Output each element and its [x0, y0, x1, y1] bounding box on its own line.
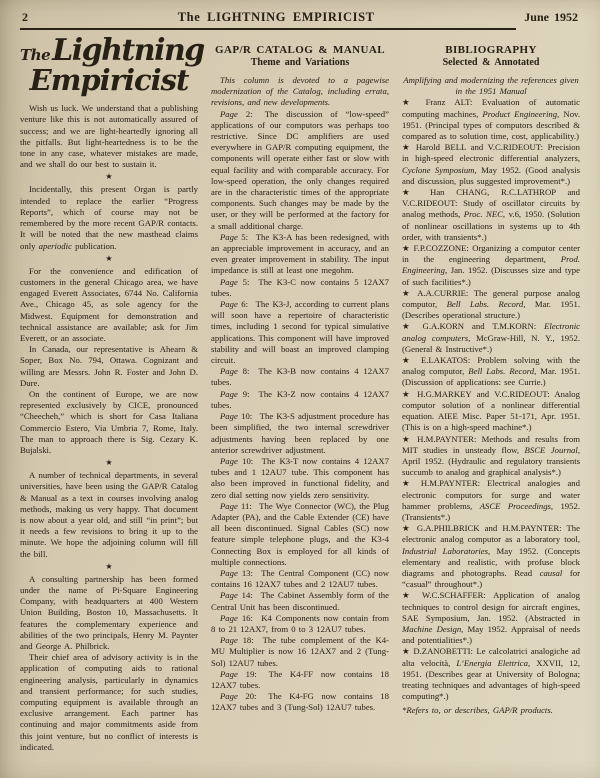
star-separator: ★ [20, 561, 198, 573]
bibliography-title: BIBLIOGRAPHY [402, 44, 580, 56]
bibliography-entry: ★ W.C.SCHAFFER: Application of analog te… [402, 590, 580, 646]
masthead: TheLightning Empiricist [20, 37, 198, 93]
paragraph: Amplifying and modernizing the reference… [402, 75, 580, 97]
running-head-title: The LIGHTNING EMPIRICIST [178, 10, 375, 25]
bibliography-entry: ★ G.A.PHILBRICK and H.M.PAYNTER: The ele… [402, 523, 580, 590]
page-header: 2 The LIGHTNING EMPIRICIST June 1952 [0, 0, 600, 25]
paragraph: Page 13: The Central Component (CC) now … [211, 568, 389, 590]
paragraph: A consulting partnership has been formed… [20, 574, 198, 652]
paragraph: Wish us luck. We understand that a publi… [20, 103, 198, 170]
page-number: 2 [22, 10, 28, 25]
paragraph: Page 5: The K3-A has been redesigned, wi… [211, 232, 389, 277]
paragraph: Page 18: The tube complement of the K4-M… [211, 635, 389, 669]
bibliography-entry: ★ F.P.COZZONE: Organizing a computor cen… [402, 243, 580, 288]
masthead-line2: Empiricist [20, 67, 198, 94]
catalog-subtitle: Theme and Variations [211, 57, 389, 68]
masthead-the: The [20, 46, 50, 64]
bibliography-entry: ★ A.A.CURRIE: The general purpose analog… [402, 288, 580, 322]
bibliography-body: Amplifying and modernizing the reference… [402, 75, 580, 717]
paragraph: For the convenience and edification of c… [20, 266, 198, 344]
bibliography-entry: ★ H.M.PAYNTER: Methods and results from … [402, 434, 580, 479]
middle-column: GAP/R CATALOG & MANUAL Theme and Variati… [211, 30, 389, 753]
paragraph: In Canada, our representative is Ahearn … [20, 344, 198, 389]
paragraph: Page 10: The K3-T now contains 4 12AX7 t… [211, 456, 389, 501]
issue-date: June 1952 [524, 10, 578, 25]
paragraph: Page 9: The K3-Z now contains 4 12AX7 tu… [211, 389, 389, 411]
paragraph: A number of technical departments, in se… [20, 470, 198, 560]
paragraph: Page 11: The Wye Connector (WC), the Plu… [211, 501, 389, 568]
paragraph: Page 20: The K4-FG now contains 18 12AX7… [211, 691, 389, 713]
paragraph: Page 19: The K4-FF now contains 18 12AX7… [211, 669, 389, 691]
paragraph: Their chief area of advisory activity is… [20, 652, 198, 753]
footnote: *Refers to, or describes, GAP/R products… [402, 705, 580, 716]
bibliography-entry: ★ Franz ALT: Evaluation of automatic com… [402, 97, 580, 142]
left-column-body: Wish us luck. We understand that a publi… [20, 103, 198, 753]
paragraph: On the continent of Europe, we are now r… [20, 389, 198, 456]
column-layout: TheLightning Empiricist Wish us luck. We… [0, 30, 600, 753]
paragraph: Page 2: The discussion of “low-speed” ap… [211, 109, 389, 232]
star-separator: ★ [20, 457, 198, 469]
paragraph: Page 8: The K3-B now contains 4 12AX7 tu… [211, 366, 389, 388]
star-separator: ★ [20, 171, 198, 183]
bibliography-entry: ★ Han CHANG, R.C.LATHROP and V.C.RIDEOUT… [402, 187, 580, 243]
bibliography-subtitle: Selected & Annotated [402, 57, 580, 68]
paragraph: Page 14: The Cabinet Assembly form of th… [211, 590, 389, 612]
bibliography-entry: ★ Harold BELL and V.C.RIDEOUT: Precision… [402, 142, 580, 187]
catalog-section-heading: GAP/R CATALOG & MANUAL Theme and Variati… [211, 44, 389, 68]
paragraph: Incidentally, this present Organ is part… [20, 184, 198, 251]
paragraph: Page 10: The K3-S adjustment procedure h… [211, 411, 389, 456]
catalog-title: GAP/R CATALOG & MANUAL [211, 44, 389, 56]
paragraph: This column is devoted to a pagewise mod… [211, 75, 389, 109]
right-column: BIBLIOGRAPHY Selected & Annotated Amplif… [402, 30, 580, 753]
bibliography-entry: ★ D.ZANOBETTI: Le calcolatrici analogich… [402, 646, 580, 702]
bibliography-entry: ★ H.M.PAYNTER: Electrical analogies and … [402, 478, 580, 523]
star-separator: ★ [20, 253, 198, 265]
bibliography-entry: ★ H.G.MARKEY and V.C.RIDEOUT: Analog com… [402, 389, 580, 434]
left-column: TheLightning Empiricist Wish us luck. We… [20, 30, 198, 753]
bibliography-section-heading: BIBLIOGRAPHY Selected & Annotated [402, 44, 580, 68]
bibliography-entry: ★ G.A.KORN and T.M.KORN: Electronic anal… [402, 321, 580, 355]
paragraph: Page 5: The K3-C now contains 5 12AX7 tu… [211, 277, 389, 299]
newsletter-page: 2 The LIGHTNING EMPIRICIST June 1952 The… [0, 0, 600, 778]
catalog-body: This column is devoted to a pagewise mod… [211, 75, 389, 714]
paragraph: Page 16: K4 Components now contain from … [211, 613, 389, 635]
bibliography-entry: ★ E.LAKATOS: Problem solving with the an… [402, 355, 580, 389]
paragraph: Page 6: The K3-J, according to current p… [211, 299, 389, 366]
